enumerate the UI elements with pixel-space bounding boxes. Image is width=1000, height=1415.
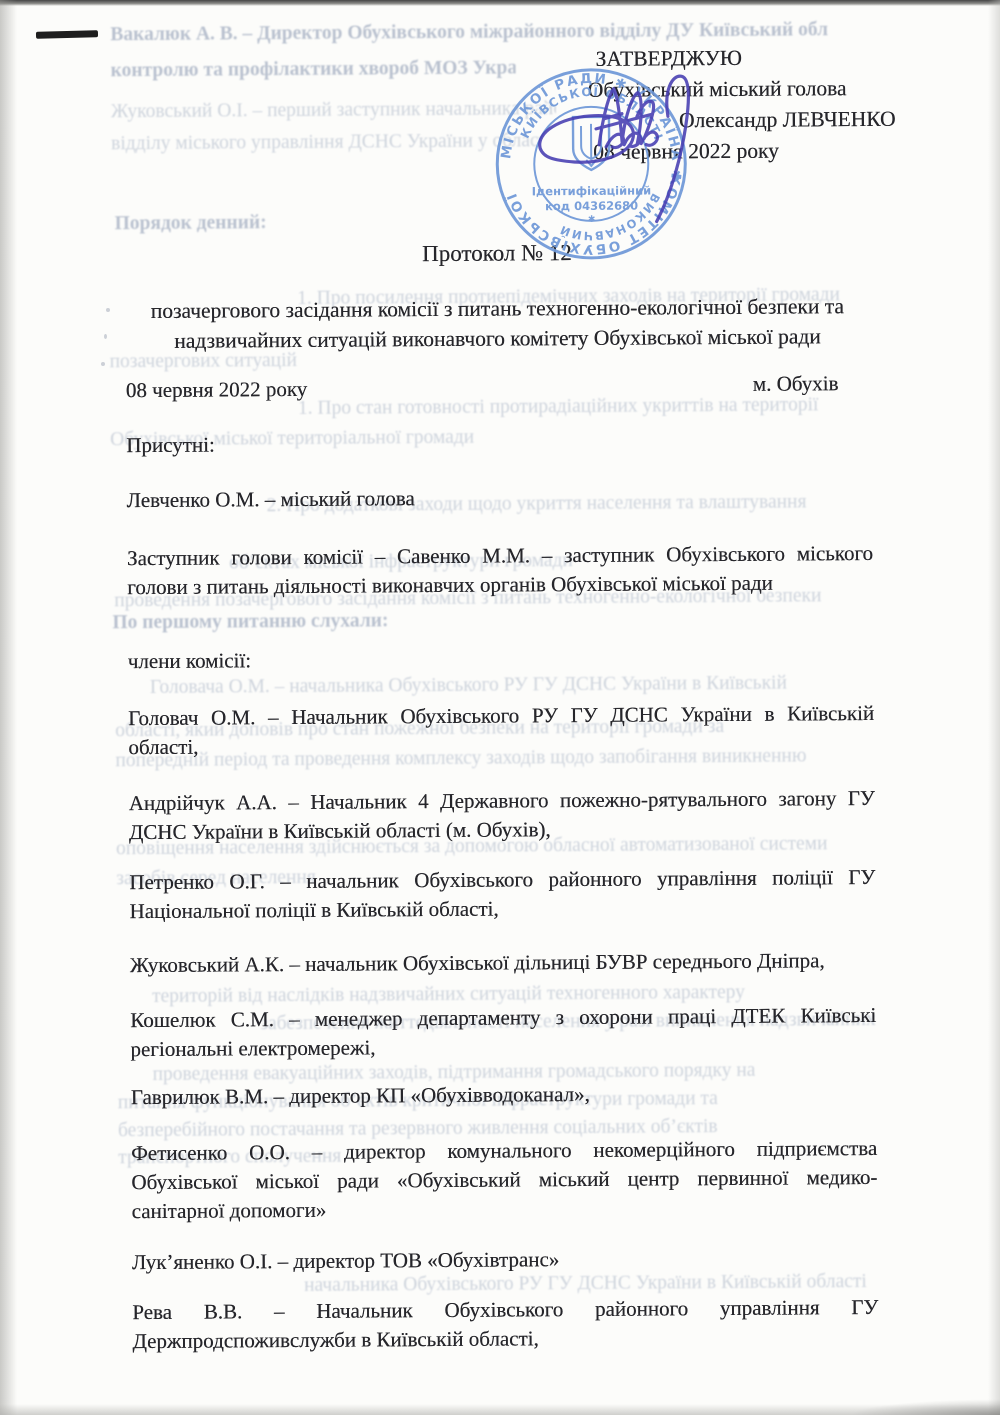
subtitle-line-2: надзвичайних ситуацій виконавчого коміте… bbox=[97, 324, 897, 355]
attendee-line: Петренко О.Г. – начальник Обухівського р… bbox=[129, 863, 875, 897]
attendee-paragraph: Фетисенко О.О. – директор комунального н… bbox=[131, 1134, 878, 1226]
attendee-line: ДСНС України в Київській області (м. Обу… bbox=[129, 813, 875, 847]
attendee-paragraph: Рева В.В. – Начальник Обухівського район… bbox=[132, 1293, 878, 1356]
attendee-paragraph: Петренко О.Г. – начальник Обухівського р… bbox=[129, 863, 875, 926]
scan-speck bbox=[104, 334, 107, 339]
attendee-line: Головач О.М. – Начальник Обухівського РУ… bbox=[128, 699, 874, 733]
meeting-date: 08 червня 2022 року bbox=[126, 377, 308, 403]
attendee-paragraph: Гаврилюк В.М. – директор КП «Обухівводок… bbox=[131, 1078, 877, 1112]
attendee-line: області, bbox=[128, 728, 874, 762]
attendee-line: Гаврилюк В.М. – директор КП «Обухівводок… bbox=[131, 1078, 877, 1112]
bleedthrough-text: Вакалюк А. В. – Директор Обухівського мі… bbox=[110, 17, 828, 47]
attendee-paragraph: Андрійчук А.А. – Начальник 4 Державного … bbox=[129, 784, 875, 847]
bleedthrough-text: По першому питанню слухали: bbox=[112, 608, 442, 635]
bleedthrough-text: Порядок денний: bbox=[115, 210, 330, 237]
meeting-place: м. Обухів bbox=[753, 371, 839, 397]
bleedthrough-layer: Вакалюк А. В. – Директор Обухівського мі… bbox=[0, 0, 995, 1]
scan-speck bbox=[101, 362, 105, 366]
attendee-paragraph: Левченко О.М. – міський голова bbox=[127, 481, 873, 515]
attendee-line: Левченко О.М. – міський голова bbox=[127, 481, 873, 515]
attendee-line: Лук’яненко О.І. – директор ТОВ «Обухівтр… bbox=[132, 1243, 878, 1277]
attendee-line: Національної поліції в Київській області… bbox=[129, 892, 875, 926]
bleedthrough-text: Жуковський О.І. – перший заступник начал… bbox=[111, 96, 556, 124]
attendee-paragraph: Заступник голови комісії – Савенко М.М. … bbox=[127, 539, 873, 602]
staple-mark bbox=[36, 30, 98, 39]
document-content: Вакалюк А. В. – Директор Обухівського мі… bbox=[0, 0, 1000, 1415]
attendee-line: голови з питань діяльності виконавчих ор… bbox=[127, 568, 873, 602]
signature-scribble bbox=[516, 61, 717, 262]
present-label: Присутні: bbox=[126, 433, 215, 459]
attendee-paragraph: Лук’яненко О.І. – директор ТОВ «Обухівтр… bbox=[132, 1243, 878, 1277]
bleedthrough-text: контролю та профілактики хвороб МОЗ Укра… bbox=[111, 55, 516, 83]
attendee-line: Жуковський А.К. – начальник Обухівської … bbox=[130, 946, 876, 980]
attendee-line: Кошелюк С.М. – менеджер департаменту з о… bbox=[130, 1001, 876, 1035]
attendee-line: Рева В.В. – Начальник Обухівського район… bbox=[132, 1293, 878, 1327]
bleedthrough-text: Головача О.М. – начальника Обухівського … bbox=[150, 669, 950, 700]
scanned-document-page: Вакалюк А. В. – Директор Обухівського мі… bbox=[0, 0, 1000, 1415]
attendee-line: Андрійчук А.А. – Начальник 4 Державного … bbox=[129, 784, 875, 818]
attendees-list: Левченко О.М. – міський головаЗаступник … bbox=[0, 0, 995, 1]
attendee-paragraph: Головач О.М. – Начальник Обухівського РУ… bbox=[128, 699, 874, 762]
attendee-paragraph: Кошелюк С.М. – менеджер департаменту з о… bbox=[130, 1001, 876, 1064]
bleedthrough-text: відділу міського управління ДСНС України… bbox=[111, 128, 541, 156]
members-label: члени комісії: bbox=[128, 648, 251, 674]
scan-speck bbox=[106, 308, 110, 312]
attendee-paragraph: Жуковський А.К. – начальник Обухівської … bbox=[130, 946, 876, 980]
attendee-line: регіональні електромережі, bbox=[130, 1030, 876, 1064]
attendee-line: Держпродспоживслужби в Київській області… bbox=[132, 1322, 878, 1356]
attendee-line: санітарної допомоги» bbox=[131, 1192, 877, 1226]
attendee-line: Обухівської міської ради «Обухівський мі… bbox=[131, 1163, 877, 1197]
subtitle-line-1: позачергового засідання комісії з питань… bbox=[97, 294, 897, 325]
